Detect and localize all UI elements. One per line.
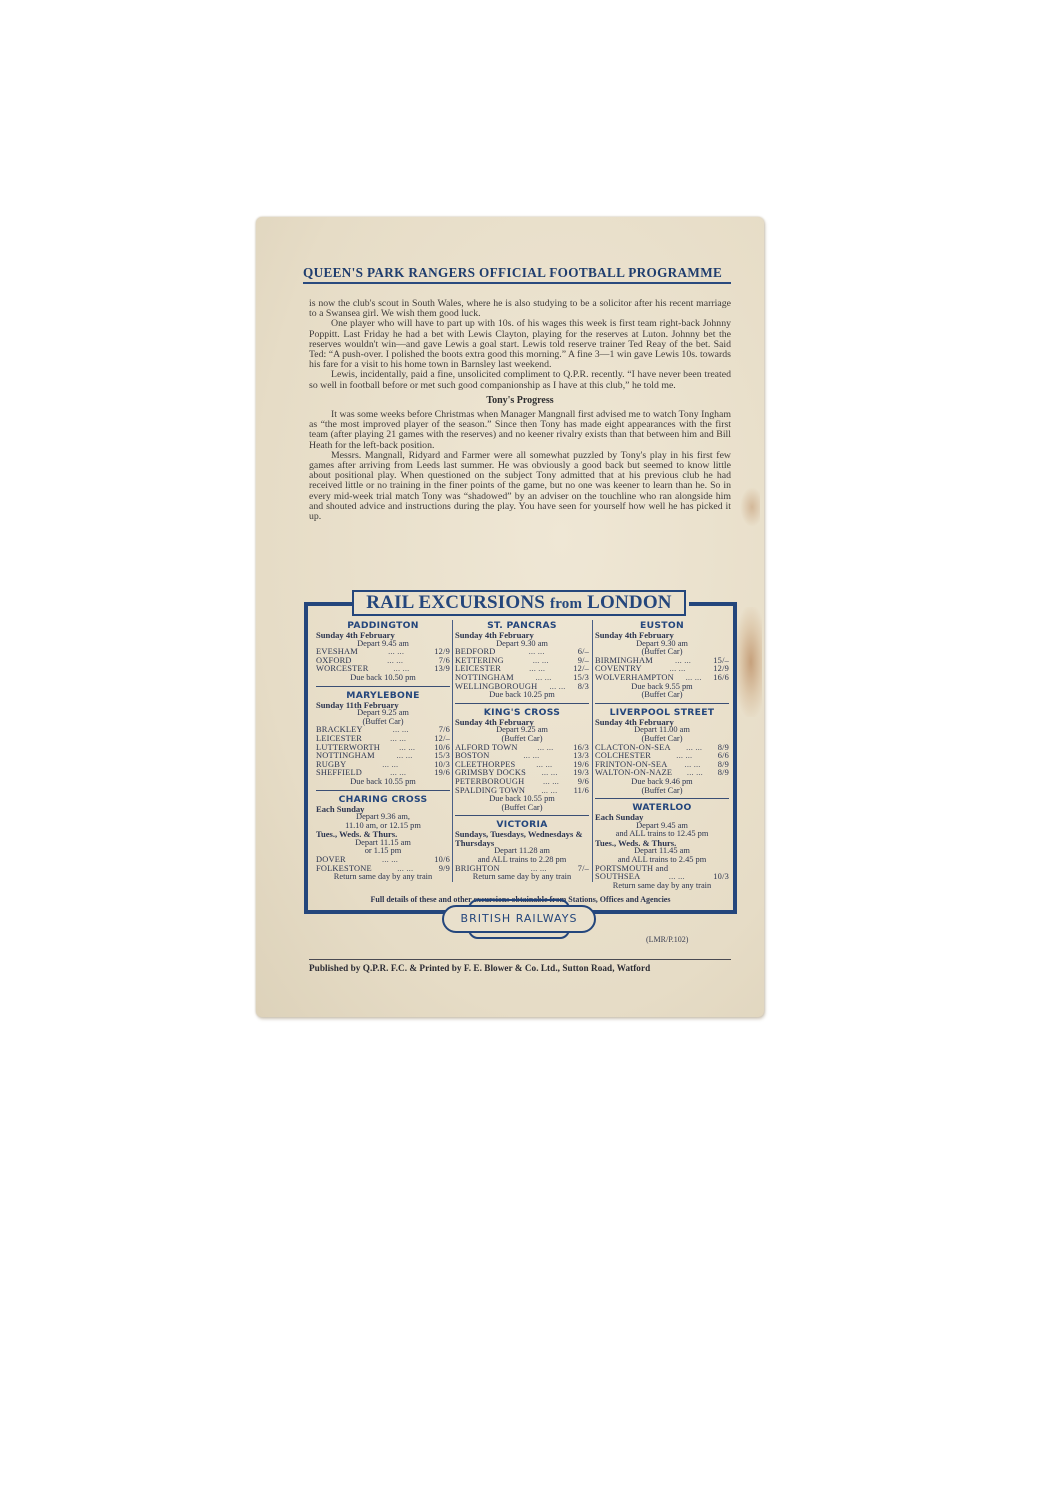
destination-row: WORCESTER... ...13/9	[316, 665, 450, 674]
return-note: (Buffet Car)	[595, 691, 729, 700]
station-section: LIVERPOOL STREETSunday 4th FebruaryDepar…	[595, 707, 729, 799]
return-note: Due back 10.55 pm	[316, 778, 450, 787]
column-divider	[592, 620, 593, 882]
leader-dots: ... ...	[362, 735, 434, 744]
article-paragraph: is now the club's scout in South Wales, …	[309, 299, 731, 319]
british-railways-logo: BRITISH RAILWAYS	[442, 905, 596, 933]
excursion-column: ST. PANCRASSunday 4th FebruaryDepart 9.3…	[455, 620, 589, 888]
fare: 8/3	[578, 683, 589, 692]
excursion-day: Sundays, Tuesdays, Wednesdays & Thursday…	[455, 830, 589, 847]
return-note: Return same day by any train	[316, 873, 450, 882]
fare: 13/9	[434, 665, 450, 674]
return-note: Return same day by any train	[455, 873, 589, 882]
destination-row: SHEFFIELD... ...19/6	[316, 769, 450, 778]
excursion-column: PADDINGTONSunday 4th FebruaryDepart 9.45…	[316, 620, 450, 888]
return-note: Due back 10.50 pm	[316, 674, 450, 683]
station-section: VICTORIASundays, Tuesdays, Wednesdays & …	[455, 819, 589, 885]
station-section: EUSTONSunday 4th FebruaryDepart 9.30 am(…	[595, 620, 729, 704]
stain-mark	[740, 487, 760, 527]
leader-dots: ... ...	[640, 873, 713, 882]
leader-dots: ... ...	[346, 856, 434, 865]
fare: 19/6	[434, 769, 450, 778]
excursion-column: EUSTONSunday 4th FebruaryDepart 9.30 am(…	[595, 620, 729, 896]
station-name: CHARING CROSS	[316, 794, 450, 805]
advert-title: RAIL EXCURSIONS from LONDON	[352, 590, 686, 616]
leader-dots: ... ...	[500, 865, 578, 874]
fare: 8/9	[718, 769, 729, 778]
return-note: Due back 10.25 pm	[455, 691, 589, 700]
advert-code: (LMR/P.102)	[646, 935, 688, 944]
stain-mark	[734, 607, 762, 717]
programme-page: QUEEN'S PARK RANGERS OFFICIAL FOOTBALL P…	[256, 217, 764, 1017]
article-paragraph: It was some weeks before Christmas when …	[309, 410, 731, 451]
column-divider	[452, 620, 453, 882]
leader-dots: ... ...	[674, 674, 713, 683]
station-section: WATERLOOEach SundayDepart 9.45 amand ALL…	[595, 802, 729, 893]
leader-dots: ... ...	[537, 683, 577, 692]
leader-dots: ... ...	[525, 787, 573, 796]
fare: 10/3	[713, 873, 729, 882]
station-section: ST. PANCRASSunday 4th FebruaryDepart 9.3…	[455, 620, 589, 704]
fare: 9/9	[439, 865, 450, 874]
station-section: PADDINGTONSunday 4th FebruaryDepart 9.45…	[316, 620, 450, 687]
article-paragraph: Lewis, incidentally, paid a fine, unsoli…	[309, 370, 731, 390]
advert-border	[304, 602, 352, 606]
leader-dots: ... ...	[672, 769, 717, 778]
station-section: KING'S CROSSSunday 4th FebruaryDepart 9.…	[455, 707, 589, 817]
station-section: CHARING CROSSEach SundayDepart 9.36 am,1…	[316, 794, 450, 885]
article-paragraph: One player who will have to part up with…	[309, 319, 731, 370]
station-name: MARYLEBONE	[316, 690, 450, 701]
leader-dots: ... ...	[372, 865, 439, 874]
advert-border	[689, 602, 737, 606]
return-note: Return same day by any train	[595, 882, 729, 891]
masthead-title: QUEEN'S PARK RANGERS OFFICIAL FOOTBALL P…	[303, 265, 731, 284]
article-body: is now the club's scout in South Wales, …	[309, 299, 731, 522]
divider	[309, 959, 731, 960]
return-note: (Buffet Car)	[595, 787, 729, 796]
article-subheading: Tony's Progress	[309, 396, 731, 406]
leader-dots: ... ...	[369, 665, 435, 674]
imprint: Published by Q.P.R. F.C. & Printed by F.…	[309, 963, 733, 973]
article-paragraph: Messrs. Mangnall, Ridyard and Farmer wer…	[309, 451, 731, 522]
return-note: (Buffet Car)	[455, 804, 589, 813]
fare: 7/–	[578, 865, 589, 874]
station-section: MARYLEBONESunday 11th FebruaryDepart 9.2…	[316, 690, 450, 791]
leader-dots: ... ...	[642, 665, 714, 674]
fare: 16/6	[713, 674, 729, 683]
fare: 11/6	[574, 787, 589, 796]
leader-dots: ... ...	[490, 752, 574, 761]
leader-dots: ... ...	[362, 769, 434, 778]
